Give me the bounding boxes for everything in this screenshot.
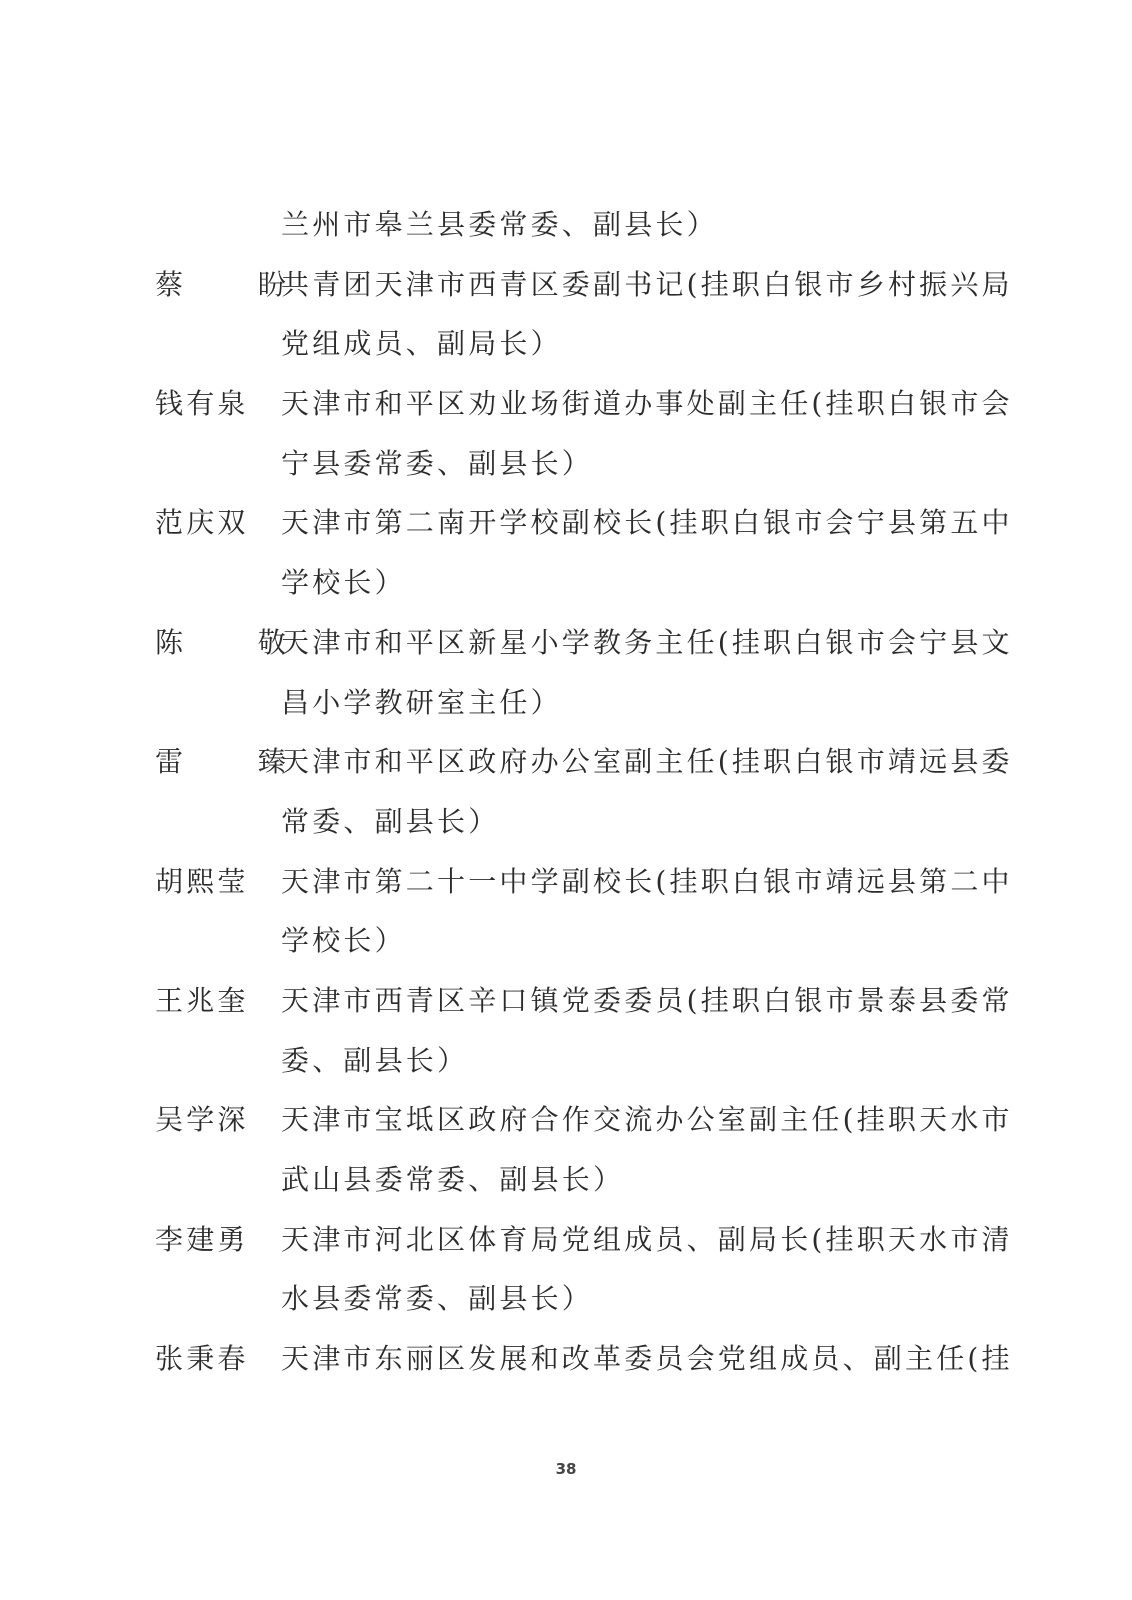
entry-text: 天津市东丽区发展和改革委员会党组成员、副主任(挂 [281,1337,1013,1381]
list-item-wrap: 昌小学教研室主任） [155,681,995,741]
page-number: 38 [0,1460,1132,1478]
entry-text: 天津市西青区辛口镇党委委员(挂职白银市景泰县委常 [281,979,1013,1023]
list-item: 陈 敬 天津市和平区新星小学教务主任(挂职白银市会宁县文 [155,621,995,681]
entry-text: 天津市和平区政府办公室副主任(挂职白银市靖远县委 [281,740,1013,784]
list-item: 吴学深 天津市宝坻区政府合作交流办公室副主任(挂职天水市 [155,1098,995,1158]
entry-text: 天津市和平区劝业场街道办事处副主任(挂职白银市会 [281,382,1013,426]
list-item-wrap: 武山县委常委、副县长） [155,1158,995,1218]
list-item-wrap: 学校长） [155,919,995,979]
entry-text: 兰州市皋兰县委常委、副县长） [281,203,718,247]
entry-text: 天津市河北区体育局党组成员、副局长(挂职天水市清 [281,1218,1013,1262]
list-item-wrap: 常委、副县长） [155,800,995,860]
entry-text: 天津市第二十一中学副校长(挂职白银市靖远县第二中 [281,860,1013,904]
list-item-continuation: 兰州市皋兰县委常委、副县长） [155,203,995,263]
list-item: 王兆奎 天津市西青区辛口镇党委委员(挂职白银市景泰县委常 [155,979,995,1039]
list-item-wrap: 宁县委常委、副县长） [155,442,995,502]
document-page: 兰州市皋兰县委常委、副县长） 蔡 盼 共青团天津市西青区委副书记(挂职白银市乡村… [0,0,1132,1600]
entry-text: 武山县委常委、副县长） [281,1158,624,1202]
list-item-wrap: 水县委常委、副县长） [155,1277,995,1337]
person-name: 陈 敬 [155,621,255,665]
entry-text: 宁县委常委、副县长） [281,442,593,486]
entry-text: 学校长） [281,561,406,605]
list-item-wrap: 委、副县长） [155,1039,995,1099]
list-item: 雷 臻 天津市和平区政府办公室副主任(挂职白银市靖远县委 [155,740,995,800]
entry-text: 天津市和平区新星小学教务主任(挂职白银市会宁县文 [281,621,1013,665]
list-item-wrap: 学校长） [155,561,995,621]
person-name: 王兆奎 [155,979,255,1023]
person-name: 钱有泉 [155,382,255,426]
entry-text: 昌小学教研室主任） [281,681,562,725]
list-item: 钱有泉 天津市和平区劝业场街道办事处副主任(挂职白银市会 [155,382,995,442]
list-item: 李建勇 天津市河北区体育局党组成员、副局长(挂职天水市清 [155,1218,995,1278]
entry-text: 常委、副县长） [281,800,499,844]
entry-text: 党组成员、副局长） [281,322,562,366]
list-item: 范庆双 天津市第二南开学校副校长(挂职白银市会宁县第五中 [155,501,995,561]
list-item: 蔡 盼 共青团天津市西青区委副书记(挂职白银市乡村振兴局 [155,263,995,323]
person-name: 李建勇 [155,1218,255,1262]
person-name: 张秉春 [155,1337,255,1381]
list-item: 胡熙莹 天津市第二十一中学副校长(挂职白银市靖远县第二中 [155,860,995,920]
person-name: 蔡 盼 [155,263,255,307]
list-item: 张秉春 天津市东丽区发展和改革委员会党组成员、副主任(挂 [155,1337,995,1397]
entry-text: 水县委常委、副县长） [281,1277,593,1321]
person-name: 胡熙莹 [155,860,255,904]
entry-text: 天津市宝坻区政府合作交流办公室副主任(挂职天水市 [281,1098,1013,1142]
person-name: 范庆双 [155,501,255,545]
person-name: 吴学深 [155,1098,255,1142]
appointment-list: 兰州市皋兰县委常委、副县长） 蔡 盼 共青团天津市西青区委副书记(挂职白银市乡村… [155,203,995,1397]
entry-text: 共青团天津市西青区委副书记(挂职白银市乡村振兴局 [281,263,1013,307]
entry-text: 学校长） [281,919,406,963]
list-item-wrap: 党组成员、副局长） [155,322,995,382]
person-name: 雷 臻 [155,740,255,784]
entry-text: 天津市第二南开学校副校长(挂职白银市会宁县第五中 [281,501,1013,545]
entry-text: 委、副县长） [281,1039,468,1083]
